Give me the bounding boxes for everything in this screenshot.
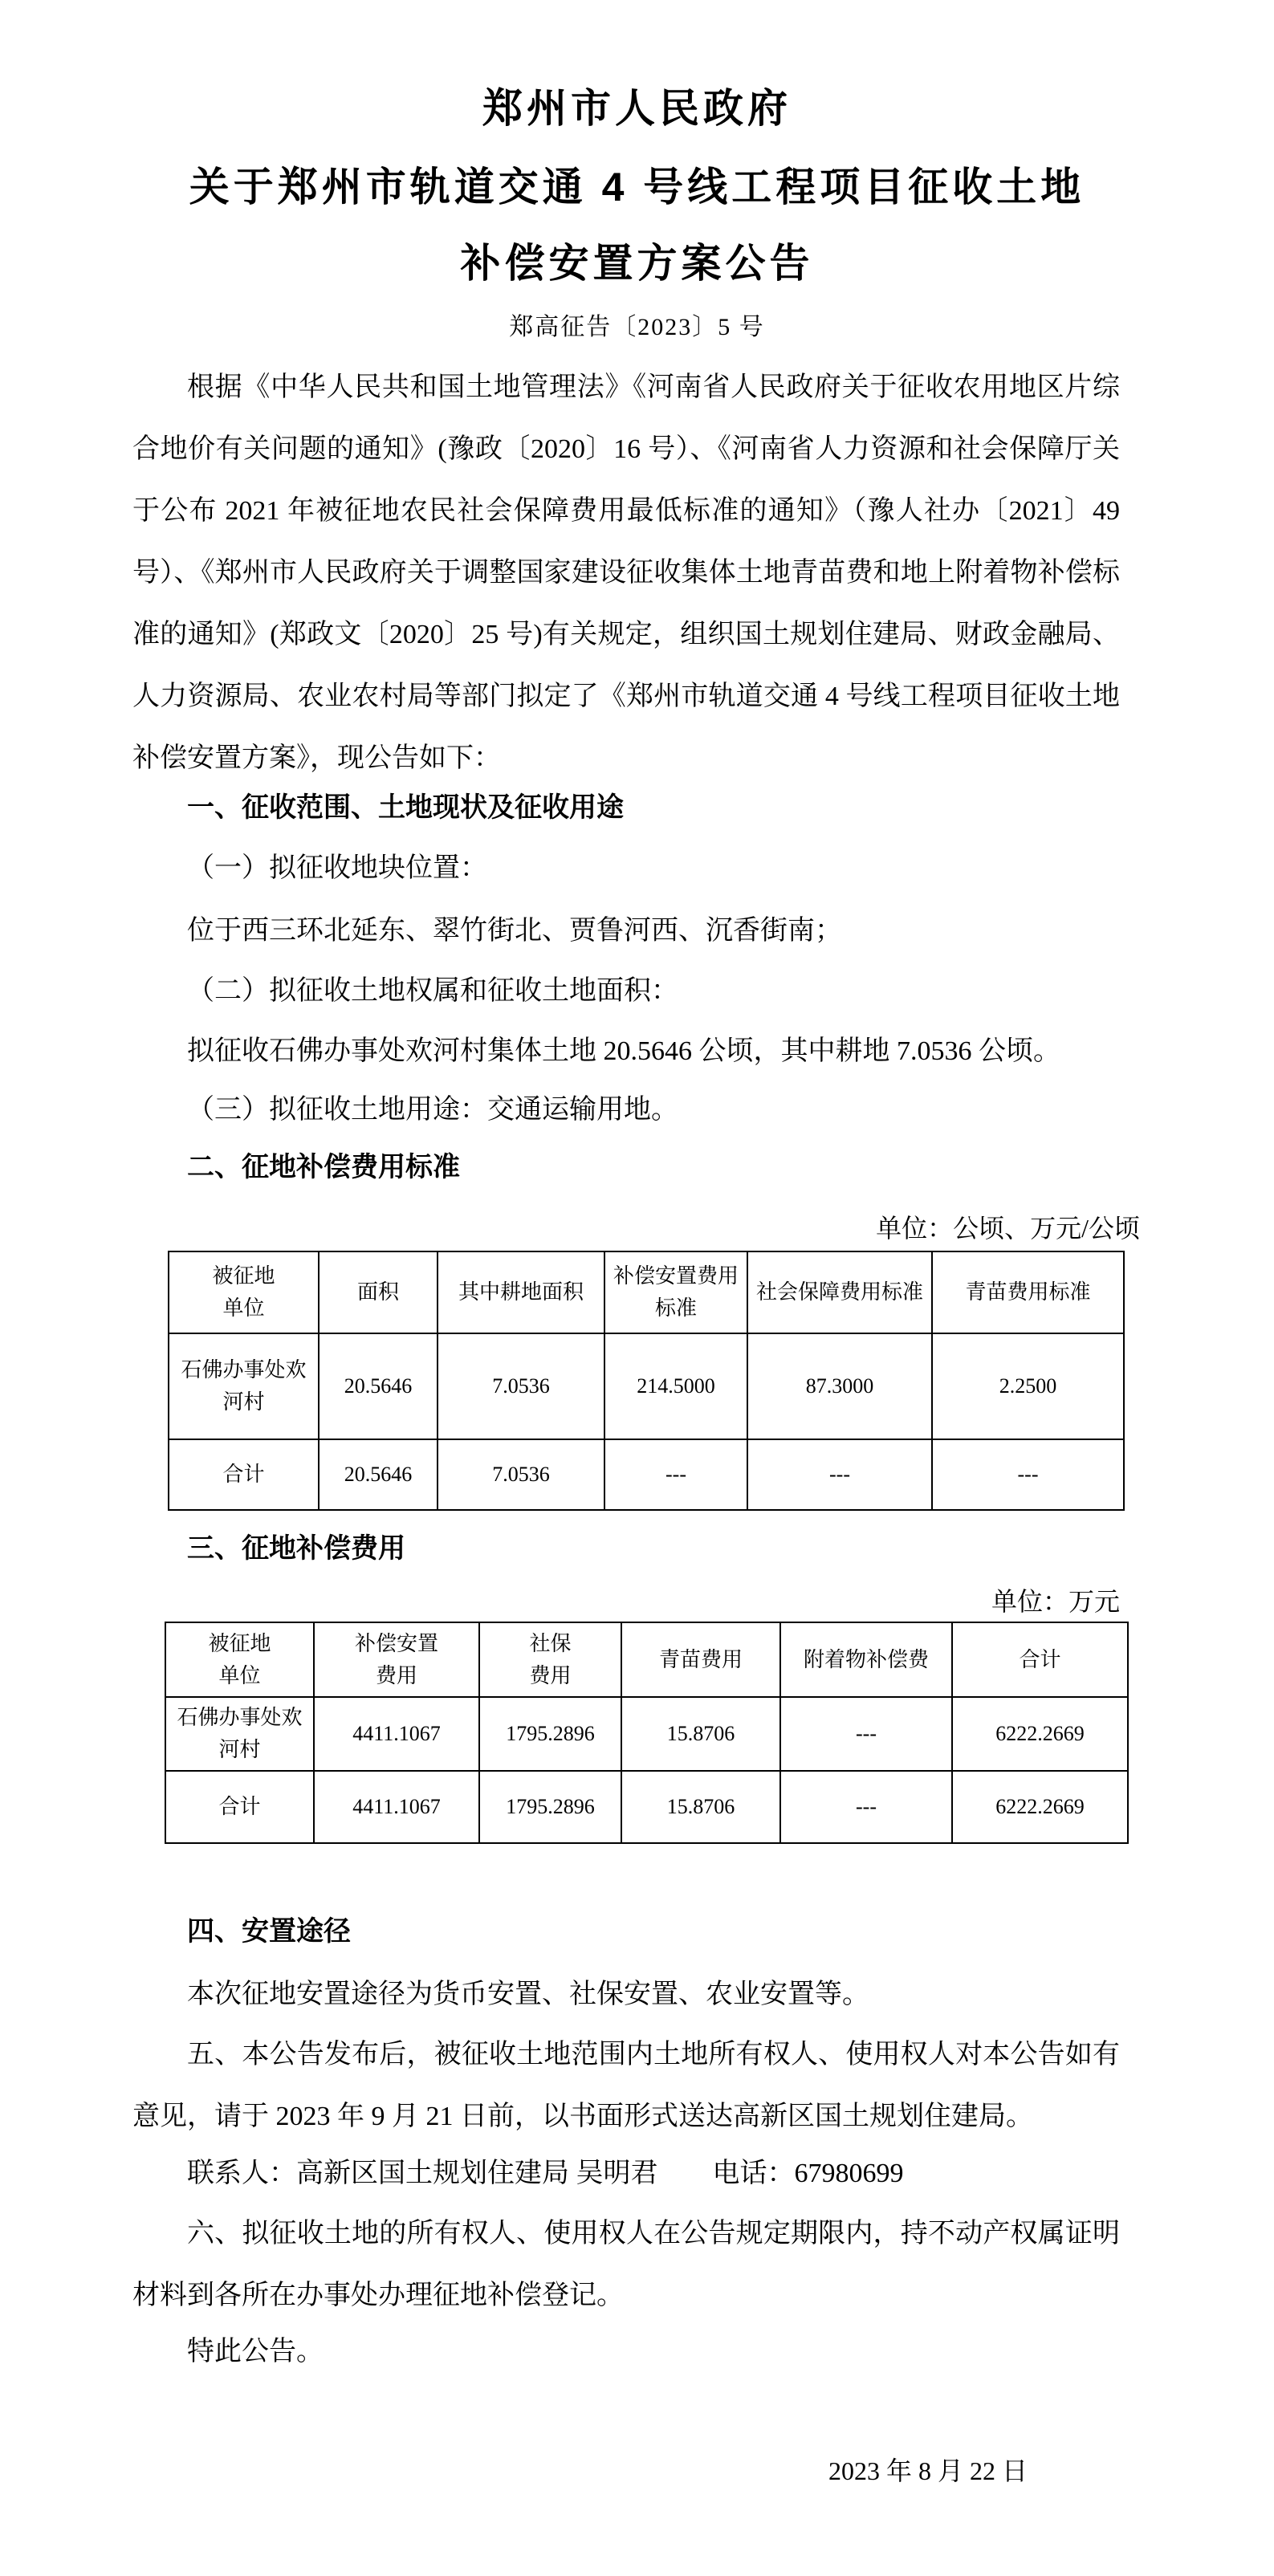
announcement-document-page: 郑州市人民政府 关于郑州市轨道交通 4 号线工程项目征收土地 补偿安置方案公告 … — [0, 0, 1274, 2576]
table-header-cell: 青苗费用 — [621, 1622, 780, 1697]
section-1-heading: 一、征收范围、土地现状及征收用途 — [132, 777, 1120, 839]
table-header-cell: 社保 费用 — [479, 1622, 621, 1697]
table-cell: 15.8706 — [621, 1771, 780, 1843]
table-cell: 1795.2896 — [479, 1697, 621, 1771]
table-header-cell: 面积 — [319, 1251, 438, 1333]
table-cell: --- — [932, 1439, 1124, 1510]
table-cell: --- — [780, 1771, 952, 1843]
section-1-item-ownership-value: 拟征收石佛办事处欢河村集体土地 20.5646 公顷，其中耕地 7.0536 公… — [132, 1020, 1120, 1082]
table-cell: 20.5646 — [319, 1333, 438, 1439]
table-cell: 1795.2896 — [479, 1771, 621, 1843]
section-3-heading: 三、征地补偿费用 — [132, 1518, 1120, 1580]
table-cell: 6222.2669 — [952, 1771, 1128, 1843]
compensation-standard-table: 被征地 单位 面积 其中耕地面积 补偿安置费用 标准 社会保障费用标准 青苗费用… — [168, 1251, 1125, 1511]
section-1-item-ownership-label: （二）拟征收土地权属和征收土地面积： — [132, 960, 1120, 1022]
table-2-unit-note: 单位：万元 — [132, 1585, 1120, 1618]
table-cell: 合计 — [169, 1439, 319, 1510]
table-cell: --- — [747, 1439, 932, 1510]
table-header-cell: 青苗费用标准 — [932, 1251, 1124, 1333]
table-row: 被征地 单位 补偿安置 费用 社保 费用 青苗费用 附着物补偿费 合计 — [165, 1622, 1128, 1697]
table-row: 合计 20.5646 7.0536 --- --- --- — [169, 1439, 1124, 1510]
table-cell: 石佛办事处欢河村 — [169, 1333, 319, 1439]
table-cell: 合计 — [165, 1771, 314, 1843]
table-cell: 214.5000 — [604, 1333, 747, 1439]
table-header-cell: 被征地 单位 — [169, 1251, 319, 1333]
section-4-heading: 四、安置途径 — [132, 1901, 1120, 1963]
table-row: 被征地 单位 面积 其中耕地面积 补偿安置费用 标准 社会保障费用标准 青苗费用… — [169, 1251, 1124, 1333]
closing-line: 特此公告。 — [132, 2321, 1120, 2383]
table-row: 石佛办事处欢河村 20.5646 7.0536 214.5000 87.3000… — [169, 1333, 1124, 1439]
intro-paragraph: 根据《中华人民共和国土地管理法》《河南省人民政府关于征收农用地区片综合地价有关问… — [132, 356, 1120, 789]
document-title-line1: 郑州市人民政府 — [0, 84, 1274, 132]
table-cell: 4411.1067 — [314, 1697, 479, 1771]
table-header-cell: 附着物补偿费 — [780, 1622, 952, 1697]
table-cell: --- — [780, 1697, 952, 1771]
table-row: 石佛办事处欢河村 4411.1067 1795.2896 15.8706 ---… — [165, 1697, 1128, 1771]
table-cell: --- — [604, 1439, 747, 1510]
table-header-cell: 补偿安置费用 标准 — [604, 1251, 747, 1333]
table-header-cell: 补偿安置 费用 — [314, 1622, 479, 1697]
table-cell: 6222.2669 — [952, 1697, 1128, 1771]
section-1-item-location-label: （一）拟征收地块位置： — [132, 837, 1120, 899]
compensation-fee-table: 被征地 单位 补偿安置 费用 社保 费用 青苗费用 附着物补偿费 合计 石佛办事… — [165, 1622, 1129, 1844]
document-title-line3: 补偿安置方案公告 — [0, 239, 1274, 287]
table-header-cell: 社会保障费用标准 — [747, 1251, 932, 1333]
document-title-line2: 关于郑州市轨道交通 4 号线工程项目征收土地 — [0, 163, 1274, 211]
section-4-body: 本次征地安置途径为货币安置、社保安置、农业安置等。 — [132, 1964, 1120, 2025]
paragraph-5-objection: 五、本公告发布后，被征收土地范围内土地所有权人、使用权人对本公告如有意见，请于 … — [132, 2024, 1120, 2147]
table-cell: 4411.1067 — [314, 1771, 479, 1843]
table-cell: 7.0536 — [438, 1333, 604, 1439]
table-row: 合计 4411.1067 1795.2896 15.8706 --- 6222.… — [165, 1771, 1128, 1843]
table-cell: 2.2500 — [932, 1333, 1124, 1439]
table-cell: 20.5646 — [319, 1439, 438, 1510]
section-1-item-location-value: 位于西三环北延东、翠竹街北、贾鲁河西、沉香街南； — [132, 900, 1120, 962]
table-cell: 87.3000 — [747, 1333, 932, 1439]
table-header-cell: 其中耕地面积 — [438, 1251, 604, 1333]
table-header-cell: 被征地 单位 — [165, 1622, 314, 1697]
section-2-heading: 二、征地补偿费用标准 — [132, 1137, 1120, 1198]
table-1-unit-note: 单位：公顷、万元/公顷 — [132, 1212, 1140, 1244]
table-header-cell: 合计 — [952, 1622, 1128, 1697]
document-number: 郑高征告〔2023〕5 号 — [0, 311, 1274, 344]
paragraph-6-registration: 六、拟征收土地的所有权人、使用权人在公告规定期限内，持不动产权属证明材料到各所在… — [132, 2203, 1120, 2326]
table-cell: 石佛办事处欢河村 — [165, 1697, 314, 1771]
document-date: 2023 年 8 月 22 日 — [828, 2452, 1028, 2489]
table-cell: 7.0536 — [438, 1439, 604, 1510]
contact-line: 联系人：高新区国土规划住建局 吴明君 电话：67980699 — [132, 2143, 1120, 2204]
table-cell: 15.8706 — [621, 1697, 780, 1771]
section-1-item-use: （三）拟征收土地用途：交通运输用地。 — [132, 1079, 1120, 1141]
